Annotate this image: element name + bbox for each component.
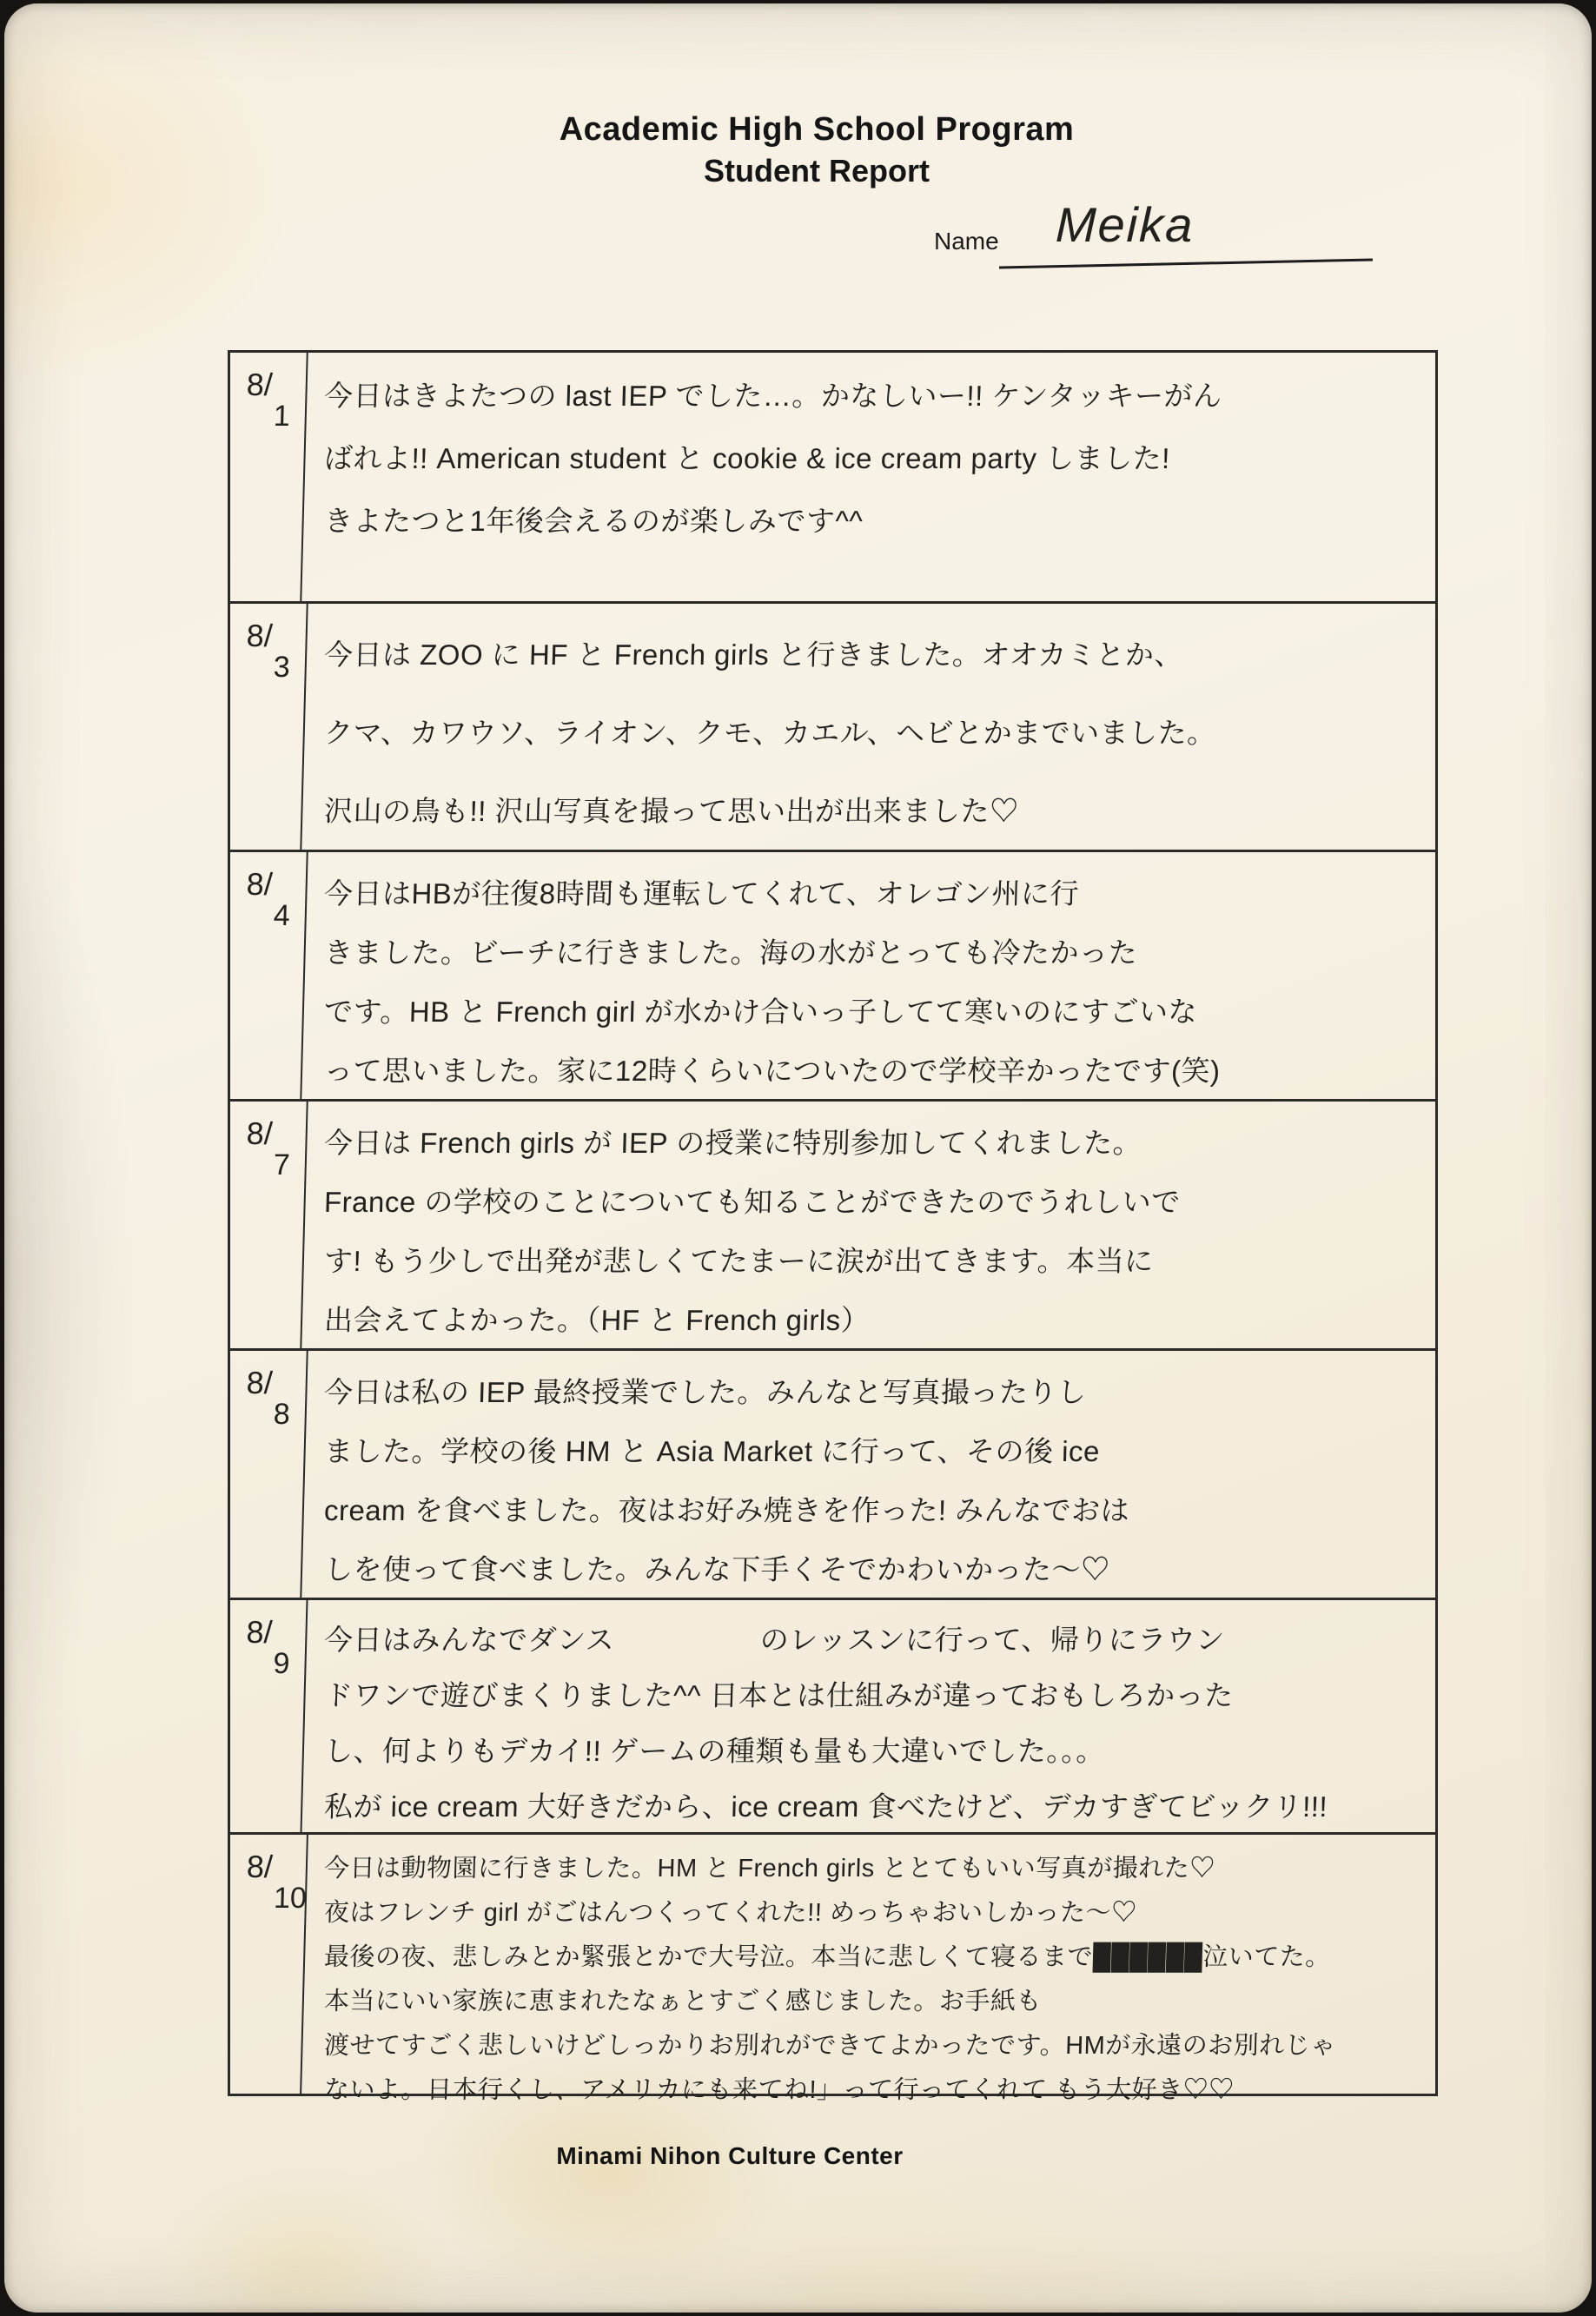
entry-day: 10: [273, 1882, 305, 1916]
entry-date: 8/ 4: [227, 852, 308, 1099]
entry-text: 今日はみんなでダンス のレッスンに行って、帰りにラウン ドワンで遊びまくりました…: [305, 1600, 1435, 1832]
entry-line: 私が ice cream 大好きだから、ice cream 食べたけど、デカすぎ…: [323, 1779, 1427, 1835]
entry-day: 8: [273, 1398, 305, 1432]
entry-line: ました。学校の後 HM と Asia Market に行って、その後 ice: [323, 1422, 1427, 1481]
entry-line: 今日は French girls が IEP の授業に特別参加してくれました。: [323, 1114, 1427, 1173]
entry-day: 7: [273, 1148, 305, 1182]
entry-text: 今日は French girls が IEP の授業に特別参加してくれました。 …: [305, 1102, 1435, 1348]
entry-date: 8/ 7: [227, 1102, 308, 1348]
entry-month: 8: [246, 367, 264, 402]
entry-date: 8/ 8: [227, 1351, 308, 1598]
entry-line: 今日は私の IEP 最終授業でした。みんなと写真撮ったりし: [323, 1363, 1427, 1422]
table-row-aug4: 8/ 4 今日はHBが往復8時間も運転してくれて、オレゴン州に行 きました。ビー…: [230, 850, 1435, 1099]
entry-line: きました。ビーチに行きました。海の水がとっても冷たかった: [323, 923, 1427, 983]
entry-line: す! もう少しで出発が悲しくてたまーに涙が出てきます。本当に: [323, 1232, 1427, 1291]
name-value-handwritten: Meika: [1055, 196, 1195, 253]
entry-month: 8: [246, 1614, 264, 1650]
table-row-aug1: 8/ 1 今日はきよたつの last IEP でした…。かなしいー!! ケンタッ…: [230, 353, 1435, 601]
entry-text: 今日は動物園に行きました。HM と French girls ととてもいい写真が…: [305, 1835, 1435, 2094]
entry-line: 渡せてすごく悲しいけどしっかりお別れができてよかったです。HMが永遠のお別れじゃ: [323, 2024, 1427, 2068]
entry-line: です。HB と French girl が水かけ合いっ子してて寒いのにすごいな: [323, 983, 1427, 1042]
entry-month: 8: [246, 866, 264, 902]
entry-month: 8: [246, 1365, 264, 1400]
table-row-aug3: 8/ 3 今日は ZOO に HF と French girls と行きました。…: [230, 601, 1435, 850]
entry-date: 8/ 1: [227, 353, 308, 601]
entry-line: 最後の夜、悲しみとか緊張とかで大号泣。本当に悲しくて寝るまで██████泣いてた…: [323, 1936, 1427, 1980]
table-row-aug10: 8/ 10 今日は動物園に行きました。HM と French girls ととて…: [230, 1832, 1435, 2094]
entry-line: って思いました。家に12時くらいについたので学校辛かったです(笑): [323, 1042, 1427, 1101]
entry-day: 9: [273, 1647, 305, 1681]
entry-day: 4: [273, 899, 305, 933]
entry-line: France の学校のことについても知ることができたのでうれしいで: [323, 1173, 1427, 1232]
entry-line: 沢山の鳥も!! 沢山写真を撮って思い出が出来ました♡: [323, 772, 1427, 850]
entry-line: きよたつと1年後会えるのが楽しみです^^: [323, 490, 1427, 553]
entry-line: し、何よりもデカイ!! ゲームの種類も量も大違いでした。。。: [323, 1724, 1427, 1779]
entry-line: 今日は動物園に行きました。HM と French girls ととてもいい写真が…: [323, 1847, 1427, 1891]
entry-date: 8/ 9: [228, 1600, 308, 1832]
table-row-aug9: 8/ 9 今日はみんなでダンス のレッスンに行って、帰りにラウン ドワンで遊びま…: [230, 1598, 1435, 1832]
entry-day: 3: [273, 651, 305, 685]
entry-line: ドワンで遊びまくりました^^ 日本とは仕組みが違っておもしろかった: [323, 1668, 1427, 1724]
entry-text: 今日はHBが往復8時間も運転してくれて、オレゴン州に行 きました。ビーチに行きま…: [305, 852, 1435, 1099]
page-title: Academic High School Program: [547, 111, 1086, 149]
entry-day: 1: [273, 400, 305, 433]
entry-line: cream を食べました。夜はお好み焼きを作った! みんなでおは: [323, 1481, 1427, 1540]
page-subtitle: Student Report: [547, 153, 1086, 189]
entry-text: 今日は私の IEP 最終授業でした。みんなと写真撮ったりし ました。学校の後 H…: [305, 1351, 1435, 1598]
table-row-aug7: 8/ 7 今日は French girls が IEP の授業に特別参加してくれ…: [230, 1099, 1435, 1348]
entry-line: 今日はHBが往復8時間も運転してくれて、オレゴン州に行: [323, 864, 1427, 923]
entry-line: クマ、カワウソ、ライオン、クモ、カエル、ヘビとかまでいました。: [323, 694, 1427, 772]
entry-text: 今日は ZOO に HF と French girls と行きました。オオカミと…: [305, 604, 1435, 850]
report-table: 8/ 1 今日はきよたつの last IEP でした…。かなしいー!! ケンタッ…: [228, 350, 1438, 2096]
entry-line: 本当にいい家族に恵まれたなぁとすごく感じました。お手紙も: [323, 1980, 1427, 2024]
entry-line: 今日は ZOO に HF と French girls と行きました。オオカミと…: [323, 616, 1427, 694]
entry-date: 8/ 3: [227, 604, 308, 850]
entry-line: 今日はきよたつの last IEP でした…。かなしいー!! ケンタッキーがん: [323, 365, 1427, 427]
entry-line: 今日はみんなでダンス のレッスンに行って、帰りにラウン: [323, 1612, 1427, 1668]
entry-month: 8: [246, 618, 264, 653]
footer-org-name: Minami Nihon Culture Center: [452, 2142, 1008, 2170]
entry-month: 8: [246, 1115, 264, 1151]
entry-line: ないよ。日本行くし、アメリカにも来てね!」って行ってくれて もう大好き♡♡: [323, 2068, 1427, 2113]
entry-line: しを使って食べました。みんな下手くそでかわいかった～♡: [323, 1540, 1427, 1599]
entry-text: 今日はきよたつの last IEP でした…。かなしいー!! ケンタッキーがん …: [305, 353, 1435, 601]
table-row-aug8: 8/ 8 今日は私の IEP 最終授業でした。みんなと写真撮ったりし ました。学…: [230, 1348, 1435, 1598]
entry-line: ばれよ!! American student と cookie & ice cr…: [323, 427, 1427, 490]
entry-line: 出会えてよかった。（HF と French girls）: [323, 1291, 1427, 1350]
entry-month: 8: [246, 1849, 264, 1884]
entry-line: 夜はフレンチ girl がごはんつくってくれた!! めっちゃおいしかった～♡: [323, 1891, 1427, 1936]
entry-date: 8/ 10: [227, 1835, 308, 2094]
name-label: Name: [934, 228, 999, 255]
